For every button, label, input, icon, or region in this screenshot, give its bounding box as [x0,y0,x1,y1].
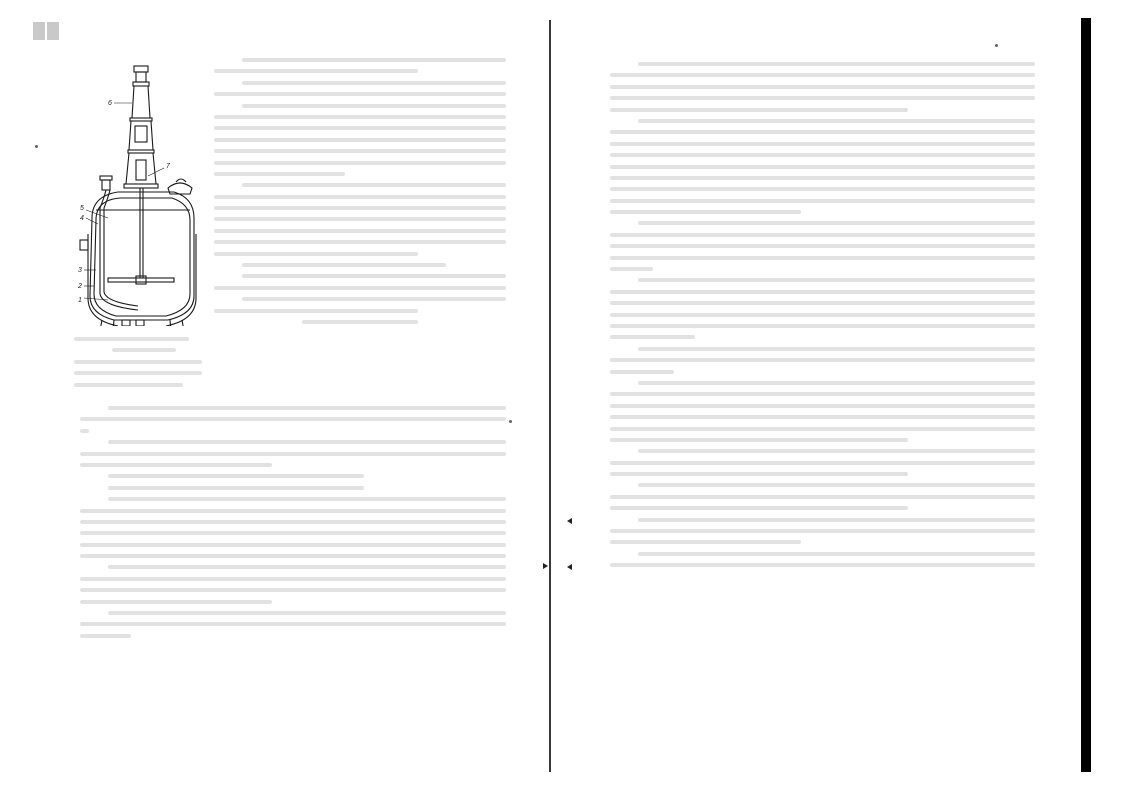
scan-speck [995,44,998,47]
scan-speck [509,420,512,423]
left-column-text [214,58,506,331]
label-2: 2 [78,283,82,290]
label-1: 1 [78,297,82,304]
label-4: 4 [80,215,84,222]
spine-marker [543,563,548,569]
left-body-text [80,406,506,645]
label-3: 3 [78,267,82,274]
right-page [552,0,1123,793]
scan-corner-mark [33,22,59,40]
scan-speck [35,145,38,148]
page-spine-divider [549,20,551,772]
figure-caption [74,337,202,394]
label-7: 7 [166,163,171,170]
label-5: 5 [80,205,84,212]
right-body-text [610,62,1035,575]
scan-edge-bar [1081,18,1091,772]
left-page: 5 4 3 2 1 6 7 [0,0,552,793]
label-6: 6 [108,100,112,107]
reactor-diagram: 5 4 3 2 1 6 7 [78,58,203,326]
